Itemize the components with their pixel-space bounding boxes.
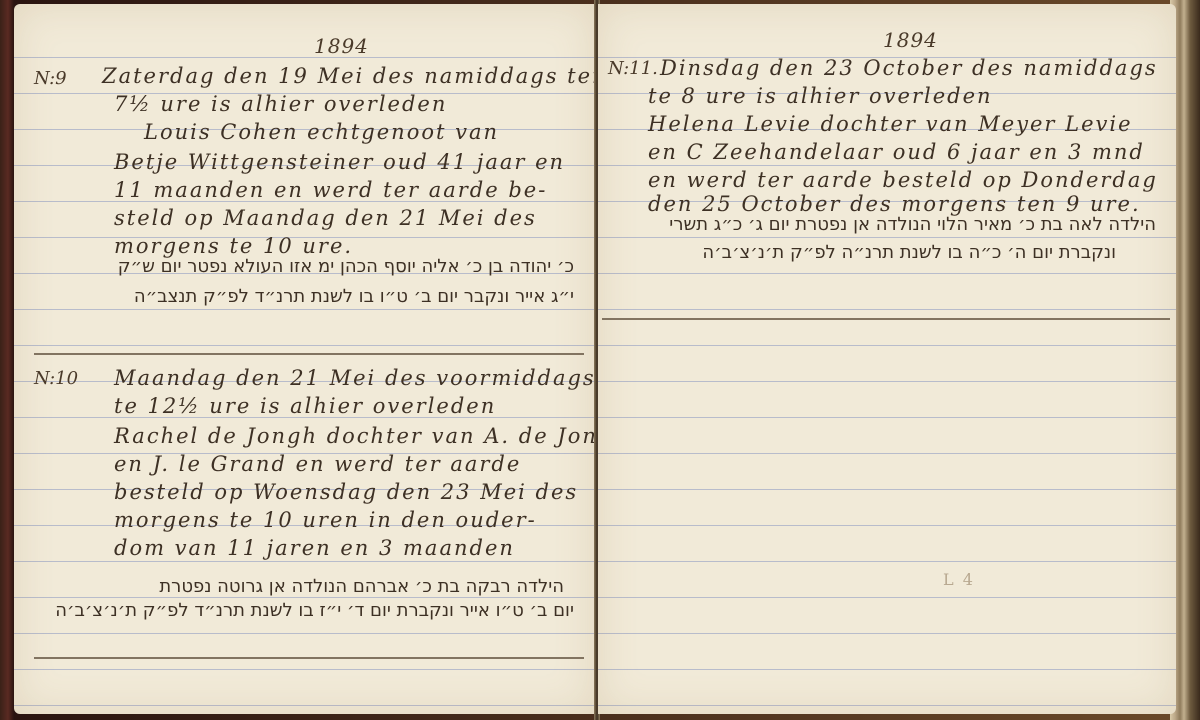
entry-line: Zaterdag den 19 Mei des namiddags ten — [102, 64, 608, 88]
entry-line: en C Zeehandelaar oud 6 jaar en 3 mnd — [648, 140, 1145, 164]
entry-divider — [34, 657, 584, 659]
hebrew-line: י״ג אייר ונקבר יום ב׳ ט״ו בו לשנת תרנ״ד … — [134, 286, 574, 307]
entry-number: N:10 — [34, 368, 78, 389]
right-page: 1894 N:11. Dinsdag den 23 October des na… — [598, 4, 1176, 714]
entry-number: N:11. — [608, 58, 658, 79]
entry-line: Helena Levie dochter van Meyer Levie — [648, 112, 1133, 136]
entry-line: en J. le Grand en werd ter aarde — [114, 452, 521, 476]
entry-line: dom van 11 jaren en 3 maanden — [114, 536, 515, 560]
hebrew-line: יום ב׳ ט״ו אייר ונקברת יום ד׳ י״ז בו לשנ… — [55, 600, 574, 621]
entry-line: Rachel de Jongh dochter van A. de Jongh — [114, 424, 629, 448]
entry-line: en werd ter aarde besteld op Donderdag — [648, 168, 1158, 192]
page-year: 1894 — [883, 28, 938, 52]
open-register-book: 1894 N:9 Zaterdag den 19 Mei des namidda… — [0, 0, 1200, 720]
entry-line: 11 maanden en werd ter aarde be- — [114, 178, 547, 202]
hebrew-line: הילדה רבקה בת כ׳ אברהם הנולדה אן גרוטה נ… — [159, 576, 564, 597]
entry-line: Dinsdag den 23 October des namiddags — [660, 56, 1158, 80]
entry-line: besteld op Woensdag den 23 Mei des — [114, 480, 578, 504]
entry-divider — [602, 318, 1170, 320]
hebrew-line: הילדה לאה בת כ׳ מאיר הלוי הנולדה אן נפטר… — [669, 214, 1156, 235]
entry-line: morgens te 10 uren in den ouder- — [114, 508, 537, 532]
entry-line: te 8 ure is alhier overleden — [648, 84, 993, 108]
entry-line: Louis Cohen echtgenoot van — [144, 120, 499, 144]
entry-divider — [34, 353, 584, 355]
hebrew-line: ונקברת יום ה׳ כ״ה בו לשנת תרנ״ה לפ״ק ת׳נ… — [702, 242, 1116, 263]
pencil-mark: L 4 — [943, 570, 975, 589]
hebrew-line: כ׳ יהודה בן כ׳ אליה יוסף הכהן ימ אזו העו… — [118, 256, 574, 277]
entry-line: te 12½ ure is alhier overleden — [114, 394, 496, 418]
entry-line: 7½ ure is alhier overleden — [114, 92, 447, 116]
entry-line: Betje Wittgensteiner oud 41 jaar en — [114, 150, 565, 174]
entry-line: den 25 October des morgens ten 9 ure. — [648, 192, 1141, 216]
entry-line: steld op Maandag den 21 Mei des — [114, 206, 537, 230]
entry-number: N:9 — [34, 68, 67, 89]
entry-line: morgens te 10 ure. — [114, 234, 353, 258]
page-year: 1894 — [314, 34, 369, 58]
entry-line: Maandag den 21 Mei des voormiddags — [114, 366, 596, 390]
left-page: 1894 N:9 Zaterdag den 19 Mei des namidda… — [14, 4, 594, 714]
